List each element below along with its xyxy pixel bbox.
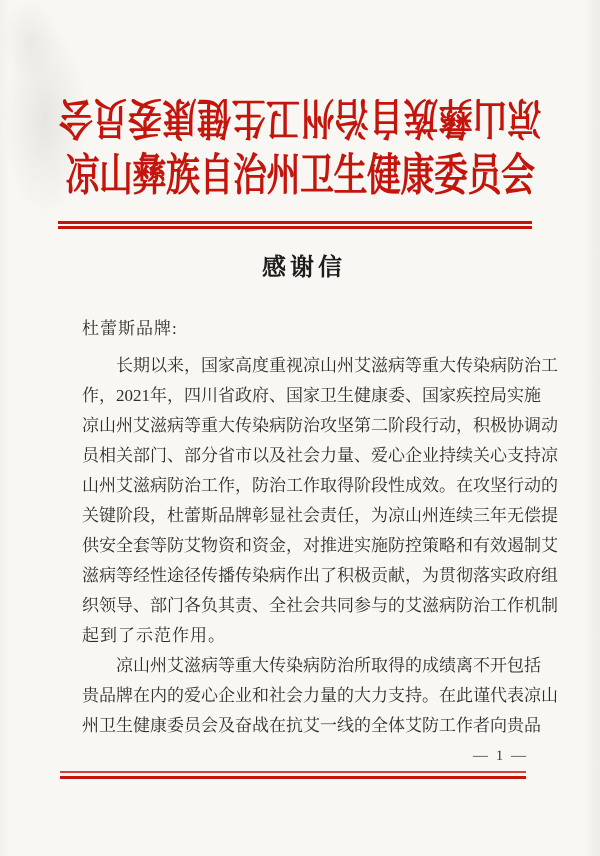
header-double-rule [58,221,532,229]
body-line: 滋病等经性途径传播传染病作出了积极贡献，为贯彻落实政府组 [82,561,524,591]
letter-title: 感谢信 [4,247,600,282]
body-line: 起到了示范作用。 [82,621,524,651]
body-line: 凉山州艾滋病等重大传染病防治所取得的成绩离不开包括 [82,651,524,681]
body-line: 长期以来，国家高度重视凉山州艾滋病等重大传染病防治工 [82,351,524,381]
footer-rule-bottom [60,776,526,780]
body-line: 关键阶段，杜蕾斯品牌彰显社会责任，为凉山州连续三年无偿提 [82,501,524,531]
body-line: 州卫生健康委员会及奋战在抗艾一线的全体艾防工作者向贵品 [82,711,524,741]
paragraph-1: 长期以来，国家高度重视凉山州艾滋病等重大传染病防治工作，2021年，四川省政府、… [82,351,524,651]
page-number: — 1 — [473,748,528,765]
body-line: 凉山州艾滋病等重大传染病防治攻坚第二阶段行动，积极协调动 [82,411,524,441]
salutation: 杜蕾斯品牌: [82,314,524,344]
paragraph-2: 凉山州艾滋病等重大传染病防治所取得的成绩离不开包括贵品牌在内的爱心企业和社会力量… [82,651,524,741]
body-line: 贵品牌在内的爱心企业和社会力量的大力支持。在此谨代表凉山 [82,681,524,711]
header-rule-bottom [58,226,532,229]
letterhead-org-name: 凉山彝族自治州卫生健康委员会 [0,139,600,214]
footer-rule-top [60,771,526,773]
body-line: 织领导、部门各负其责、全社会共同参与的艾滋病防治工作机制 [82,591,524,621]
header-rule-top [58,221,532,224]
body-line: 山州艾滋病防治工作，防治工作取得阶段性成效。在攻坚行动的 [82,471,524,501]
footer-double-rule [60,771,526,779]
body-line: 供安全套等防艾物资和资金，对推进实施防控策略和有效遏制艾 [82,531,524,561]
body-line: 员相关部门、部分省市以及社会力量、爱心企业持续关心支持凉 [82,441,524,471]
body-line: 作，2021年，四川省政府、国家卫生健康委、国家疾控局实施 [82,381,524,411]
scanned-letter-page: 凉山彝族自治州卫生健康委员会 凉山彝族自治州卫生健康委员会 感谢信 杜蕾斯品牌:… [0,0,600,856]
letter-body: 杜蕾斯品牌: 长期以来，国家高度重视凉山州艾滋病等重大传染病防治工作，2021年… [82,314,524,741]
